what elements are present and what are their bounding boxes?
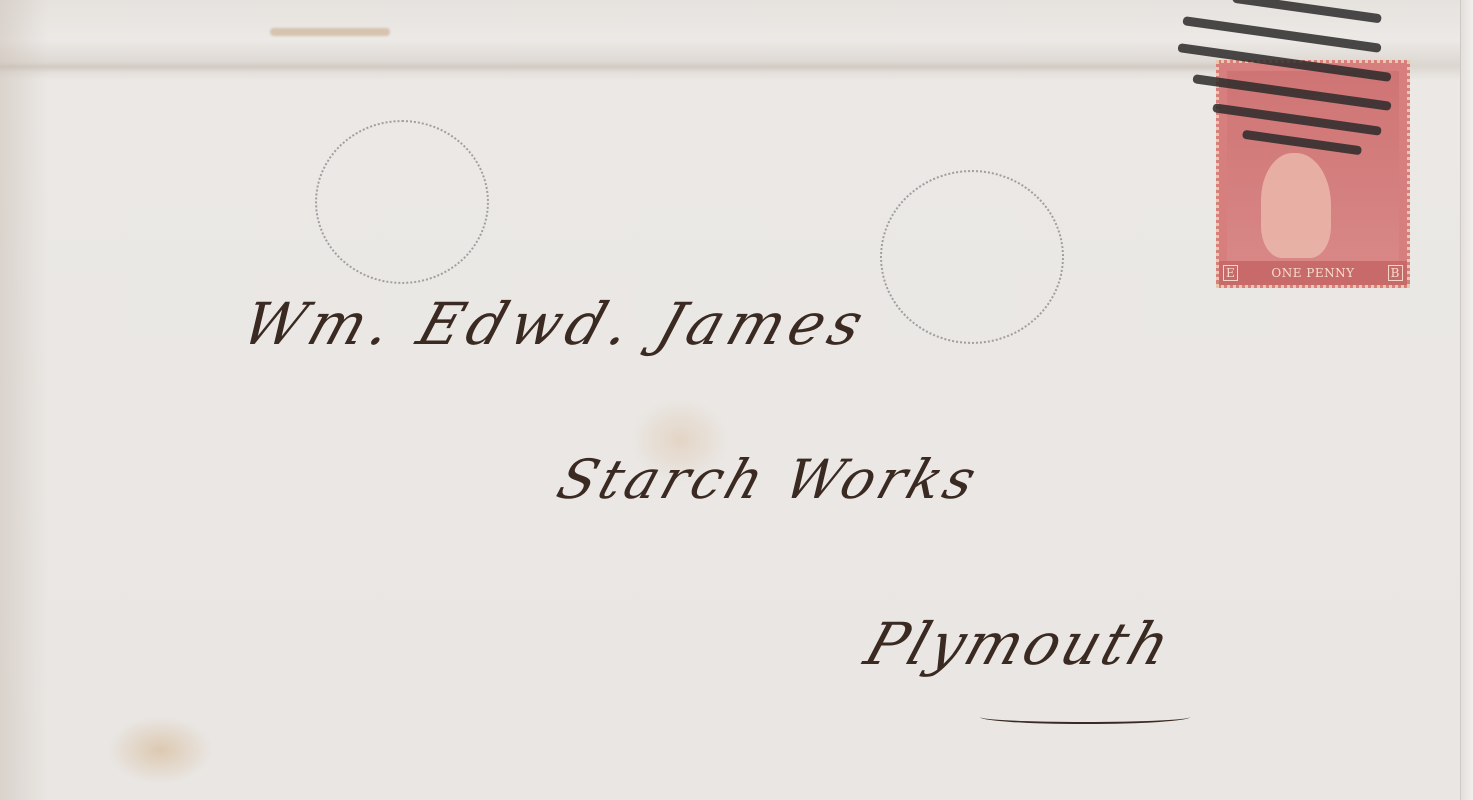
envelope: E ONE PENNY B Wm. Edwd. James Starch Wor…	[0, 0, 1473, 800]
faint-postmark-left	[315, 120, 489, 284]
address-line-street: Starch Works	[550, 448, 988, 511]
envelope-left-edge	[0, 0, 48, 800]
faint-postmark-right	[880, 170, 1064, 344]
envelope-right-edge	[1460, 0, 1473, 800]
stamp-value: ONE PENNY	[1271, 266, 1354, 280]
stamp-corner-right: B	[1388, 265, 1403, 281]
stain	[270, 28, 390, 36]
address-line-name: Wm. Edwd. James	[234, 290, 878, 358]
address-line-city: Plymouth	[857, 610, 1181, 678]
barred-numeral-cancel	[1172, 0, 1402, 150]
city-underline	[980, 710, 1190, 724]
stamp-value-label: E ONE PENNY B	[1219, 261, 1407, 285]
queen-portrait-icon	[1261, 153, 1331, 258]
stamp-corner-left: E	[1223, 265, 1238, 281]
